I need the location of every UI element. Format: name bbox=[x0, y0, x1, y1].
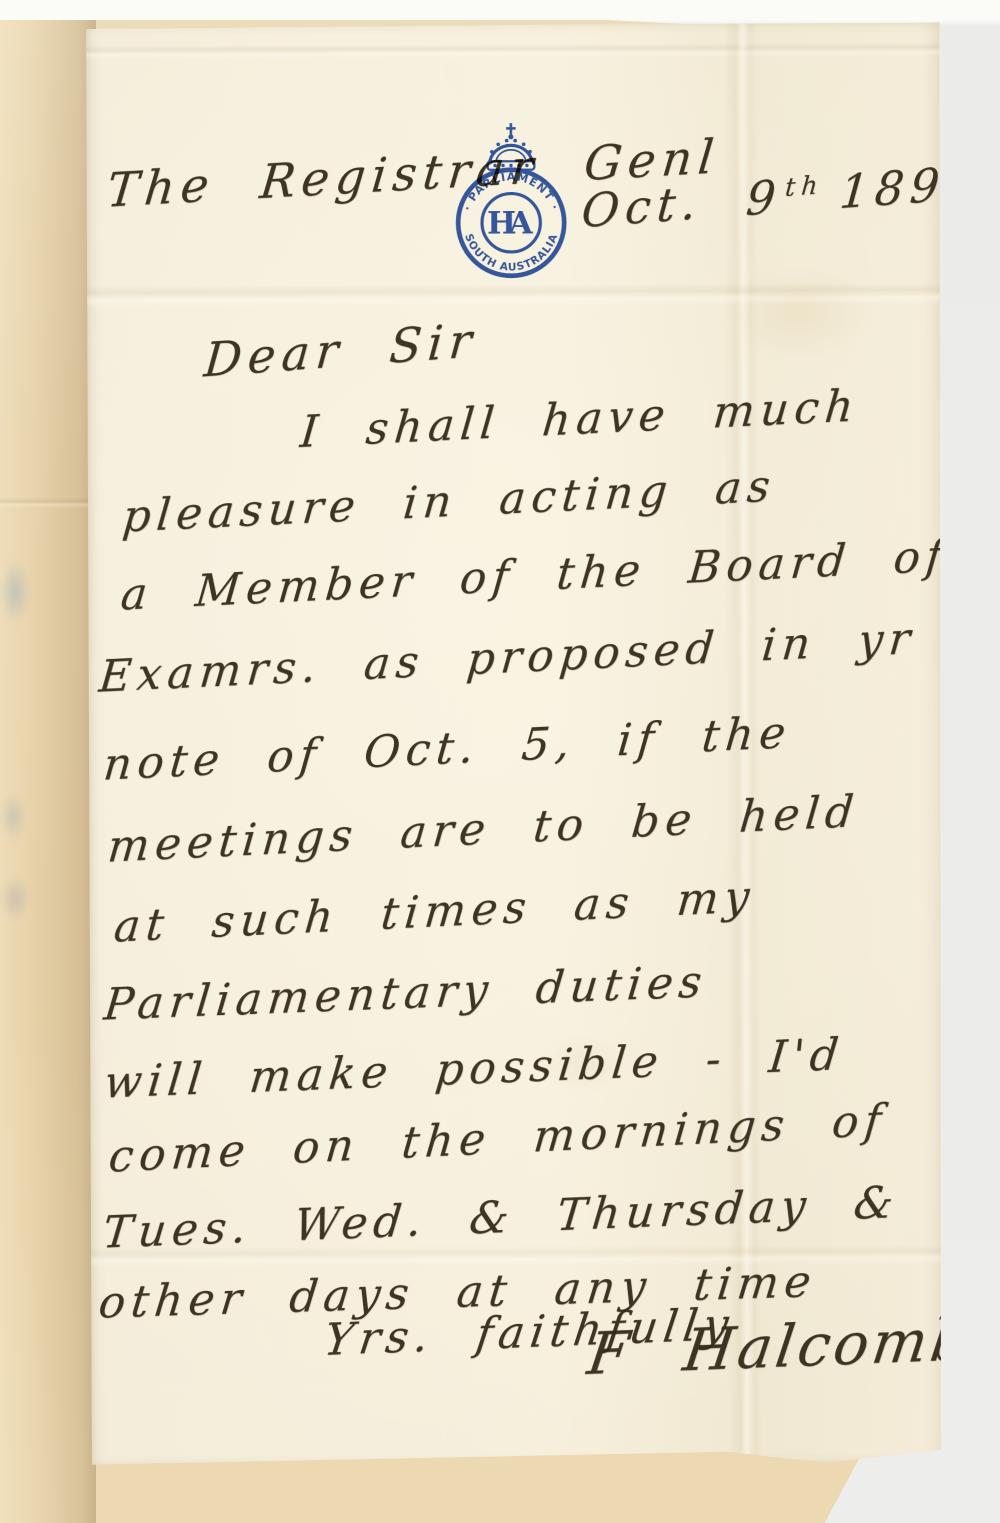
letter-line: I shall have much bbox=[298, 380, 861, 458]
fold-crease bbox=[84, 43, 940, 60]
letter-line: a Member of the Board of bbox=[119, 530, 951, 620]
paper-stain bbox=[724, 263, 874, 364]
scan-background: { "stamp": { "arc_top": "· PARLIAMENT ·"… bbox=[0, 0, 1000, 1523]
letter-line: pleasure in acting as bbox=[120, 461, 778, 543]
date-year: 1895 bbox=[837, 154, 982, 219]
backing-crease bbox=[0, 498, 96, 508]
letter-line: Parliamentary duties bbox=[102, 956, 710, 1030]
stamp-monogram: H A bbox=[487, 205, 534, 241]
parliament-stamp: · PARLIAMENT · SOUTH AUSTRALIA H A bbox=[442, 104, 581, 280]
letter-page: · PARLIAMENT · SOUTH AUSTRALIA H A The R… bbox=[83, 23, 944, 1466]
letter-line: note of Oct. 5, if the bbox=[101, 707, 793, 791]
letter-line: meetings are to be held bbox=[106, 786, 862, 873]
salutation: Dear Sir bbox=[202, 313, 480, 389]
letter-line: Examrs. as proposed in yr bbox=[97, 613, 918, 703]
scan-area: · PARLIAMENT · SOUTH AUSTRALIA H A The R… bbox=[0, 0, 1000, 1523]
letter-line: come on the mornings of bbox=[107, 1095, 889, 1183]
signature: F Halcomb bbox=[584, 1305, 976, 1388]
svg-text:A: A bbox=[508, 205, 534, 241]
ink-showthrough-mark bbox=[0, 560, 30, 624]
fold-shadow bbox=[0, 20, 96, 1523]
ink-showthrough-mark bbox=[0, 876, 30, 922]
letter-line: at such times as my bbox=[112, 871, 757, 952]
crown-icon bbox=[488, 123, 535, 170]
letter-line: Tues. Wed. & Thursday & on bbox=[100, 1173, 1000, 1259]
ink-showthrough-mark bbox=[0, 792, 26, 842]
date-ordinal: th bbox=[784, 170, 825, 202]
letter-line: will make possible - I'd bbox=[102, 1029, 847, 1109]
